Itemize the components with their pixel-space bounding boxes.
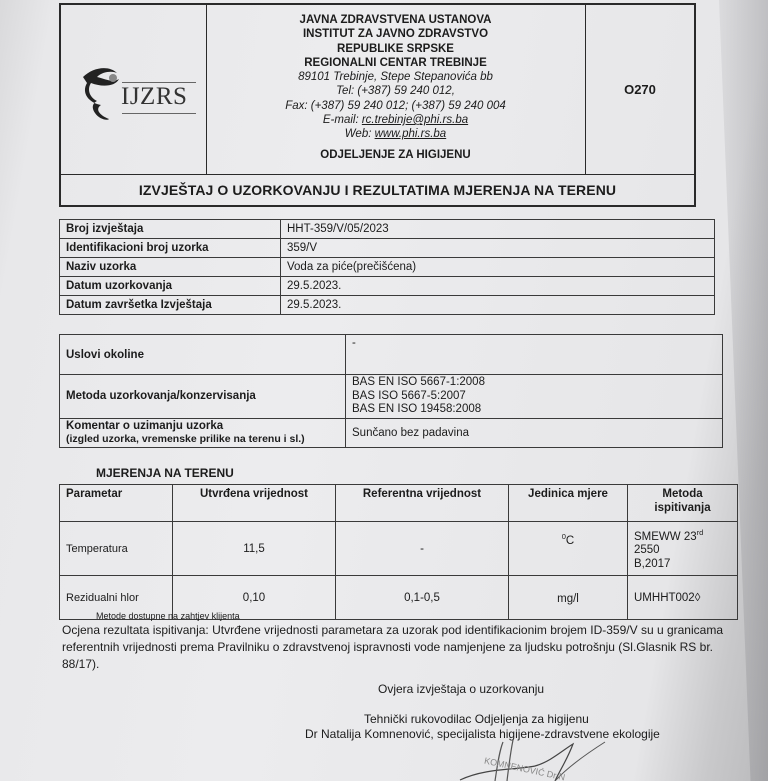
email-label: E-mail: <box>323 114 362 126</box>
column-header: Parametar <box>60 485 173 522</box>
stamp-and-signature: KOMNENOVIĆ Dr N <box>455 740 615 781</box>
web-link[interactable]: www.phi.rs.ba <box>375 128 447 140</box>
method-superscript: rd <box>697 528 704 537</box>
environment-label: Uslovi okoline <box>60 335 346 375</box>
report-title: IZVJEŠTAJ O UZORKOVANJU I REZULTATIMA MJ… <box>61 174 694 205</box>
form-code: O270 <box>586 5 694 174</box>
email-line: E-mail: rc.trebinje@phi.rs.ba <box>206 113 585 127</box>
label-cell: Identifikacioni broj uzorka <box>60 239 281 258</box>
value-cell: 29.5.2023. <box>281 296 715 315</box>
table-row: Naziv uzorkaVoda za piće(prečišćena) <box>60 258 715 277</box>
method-value: BAS ISO 5667-5:2007 <box>352 390 716 404</box>
document-header: IJZRS JAVNA ZDRAVSTVENA USTANOVA INSTITU… <box>59 3 696 207</box>
method-value: BAS EN ISO 19458:2008 <box>352 403 716 417</box>
verification-label: Ovjera izvještaja o uzorkovanju <box>378 682 544 696</box>
report-info-table: Broj izvještajaHHT-359/V/05/2023 Identif… <box>59 219 715 315</box>
fax: Fax: (+387) 59 240 012; (+387) 59 240 00… <box>206 99 585 113</box>
measurements-title: MJERENJA NA TERENU <box>96 466 234 480</box>
parameter-cell: Temperatura <box>60 522 173 576</box>
column-header: Jedinica mjere <box>509 485 628 522</box>
table-row: Metoda uzorkovanja/konzervisanja BAS EN … <box>60 375 723 419</box>
logo-text: IJZRS <box>121 83 187 111</box>
web-label: Web: <box>345 128 375 140</box>
method-cell: UMHHT002◊ <box>628 576 738 620</box>
signature-scribble-icon: KOMNENOVIĆ Dr N <box>455 740 615 781</box>
comment-label: Komentar o uzimanju uzorka <box>66 420 339 433</box>
table-row: Komentar o uzimanju uzorka (izgled uzork… <box>60 419 723 448</box>
method-cell: SMEWW 23rd 2550B,2017 <box>628 522 738 576</box>
email-link[interactable]: rc.trebinje@phi.rs.ba <box>362 114 468 126</box>
unit-cell: 0C <box>509 522 628 576</box>
method-text: B,2017 <box>634 558 670 570</box>
comment-label-cell: Komentar o uzimanju uzorka (izgled uzork… <box>60 419 346 448</box>
column-header: Utvrđena vrijednost <box>173 485 336 522</box>
methods-note: Metode dostupne na zahtjev klijenta <box>96 611 240 621</box>
institution-line: INSTITUT ZA JAVNO ZDRAVSTVO <box>206 27 585 41</box>
table-header-row: Parametar Utvrđena vrijednost Referentna… <box>60 485 738 522</box>
comment-sublabel: (izgled uzorka, vremenske prilike na ter… <box>66 433 339 446</box>
table-row: Identifikacioni broj uzorka359/V <box>60 239 715 258</box>
method-text: 2550 <box>634 544 660 556</box>
unit-text: C <box>566 535 574 547</box>
department: ODJELJENJE ZA HIGIJENU <box>206 148 585 162</box>
table-row: Datum uzorkovanja29.5.2023. <box>60 277 715 296</box>
logo-emblem-icon <box>79 63 123 123</box>
document-page: IJZRS JAVNA ZDRAVSTVENA USTANOVA INSTITU… <box>0 0 768 781</box>
table-row: Uslovi okoline - <box>60 335 723 375</box>
ijzrs-logo: IJZRS <box>79 63 199 123</box>
unit-cell: mg/l <box>509 576 628 620</box>
environment-value: - <box>346 335 723 375</box>
table-row: Datum završetka Izvještaja29.5.2023. <box>60 296 715 315</box>
institution-line: REGIONALNI CENTAR TREBINJE <box>206 56 585 70</box>
signatory-name: Dr Natalija Komnenović, specijalista hig… <box>305 727 660 741</box>
institution-line: REPUBLIKE SRPSKE <box>206 42 585 56</box>
table-row: Temperatura 11,5 - 0C SMEWW 23rd 2550B,2… <box>60 522 738 576</box>
column-header: Metoda ispitivanja <box>628 485 738 522</box>
address: 89101 Trebinje, Stepe Stepanovića bb <box>206 70 585 84</box>
method-value: BAS EN ISO 5667-1:2008 <box>352 376 716 390</box>
reference-cell: - <box>336 522 509 576</box>
method-label: Metoda uzorkovanja/konzervisanja <box>60 375 346 419</box>
label-cell: Broj izvještaja <box>60 220 281 239</box>
value-cell: 11,5 <box>173 522 336 576</box>
institution-line: JAVNA ZDRAVSTVENA USTANOVA <box>206 13 585 27</box>
unit-text: mg/l <box>557 593 579 605</box>
web-line: Web: www.phi.rs.ba <box>206 127 585 141</box>
reference-cell: 0,1-0,5 <box>336 576 509 620</box>
institution-info: JAVNA ZDRAVSTVENA USTANOVA INSTITUT ZA J… <box>206 5 586 174</box>
label-cell: Datum završetka Izvještaja <box>60 296 281 315</box>
method-text: SMEWW 23 <box>634 530 697 542</box>
measurements-table: Parametar Utvrđena vrijednost Referentna… <box>59 484 738 620</box>
comment-value: Sunčano bez padavina <box>346 419 723 448</box>
assessment-text: Ocjena rezultata ispitivanja: Utvrđene v… <box>62 622 752 673</box>
column-header: Referentna vrijednost <box>336 485 509 522</box>
value-cell: Voda za piće(prečišćena) <box>281 258 715 277</box>
label-cell: Datum uzorkovanja <box>60 277 281 296</box>
table-row: Broj izvještajaHHT-359/V/05/2023 <box>60 220 715 239</box>
value-cell: 359/V <box>281 239 715 258</box>
signatory-role: Tehnički rukovodilac Odjeljenja za higij… <box>364 712 589 726</box>
label-cell: Naziv uzorka <box>60 258 281 277</box>
method-values: BAS EN ISO 5667-1:2008 BAS ISO 5667-5:20… <box>346 375 723 419</box>
value-cell: 29.5.2023. <box>281 277 715 296</box>
method-text: UMHHT002◊ <box>634 592 700 604</box>
value-cell: HHT-359/V/05/2023 <box>281 220 715 239</box>
logo-cell: IJZRS <box>61 5 207 174</box>
sampling-info-table: Uslovi okoline - Metoda uzorkovanja/konz… <box>59 334 723 448</box>
telephone: Tel: (+387) 59 240 012, <box>206 84 585 98</box>
logo-rule-bottom <box>122 113 196 114</box>
